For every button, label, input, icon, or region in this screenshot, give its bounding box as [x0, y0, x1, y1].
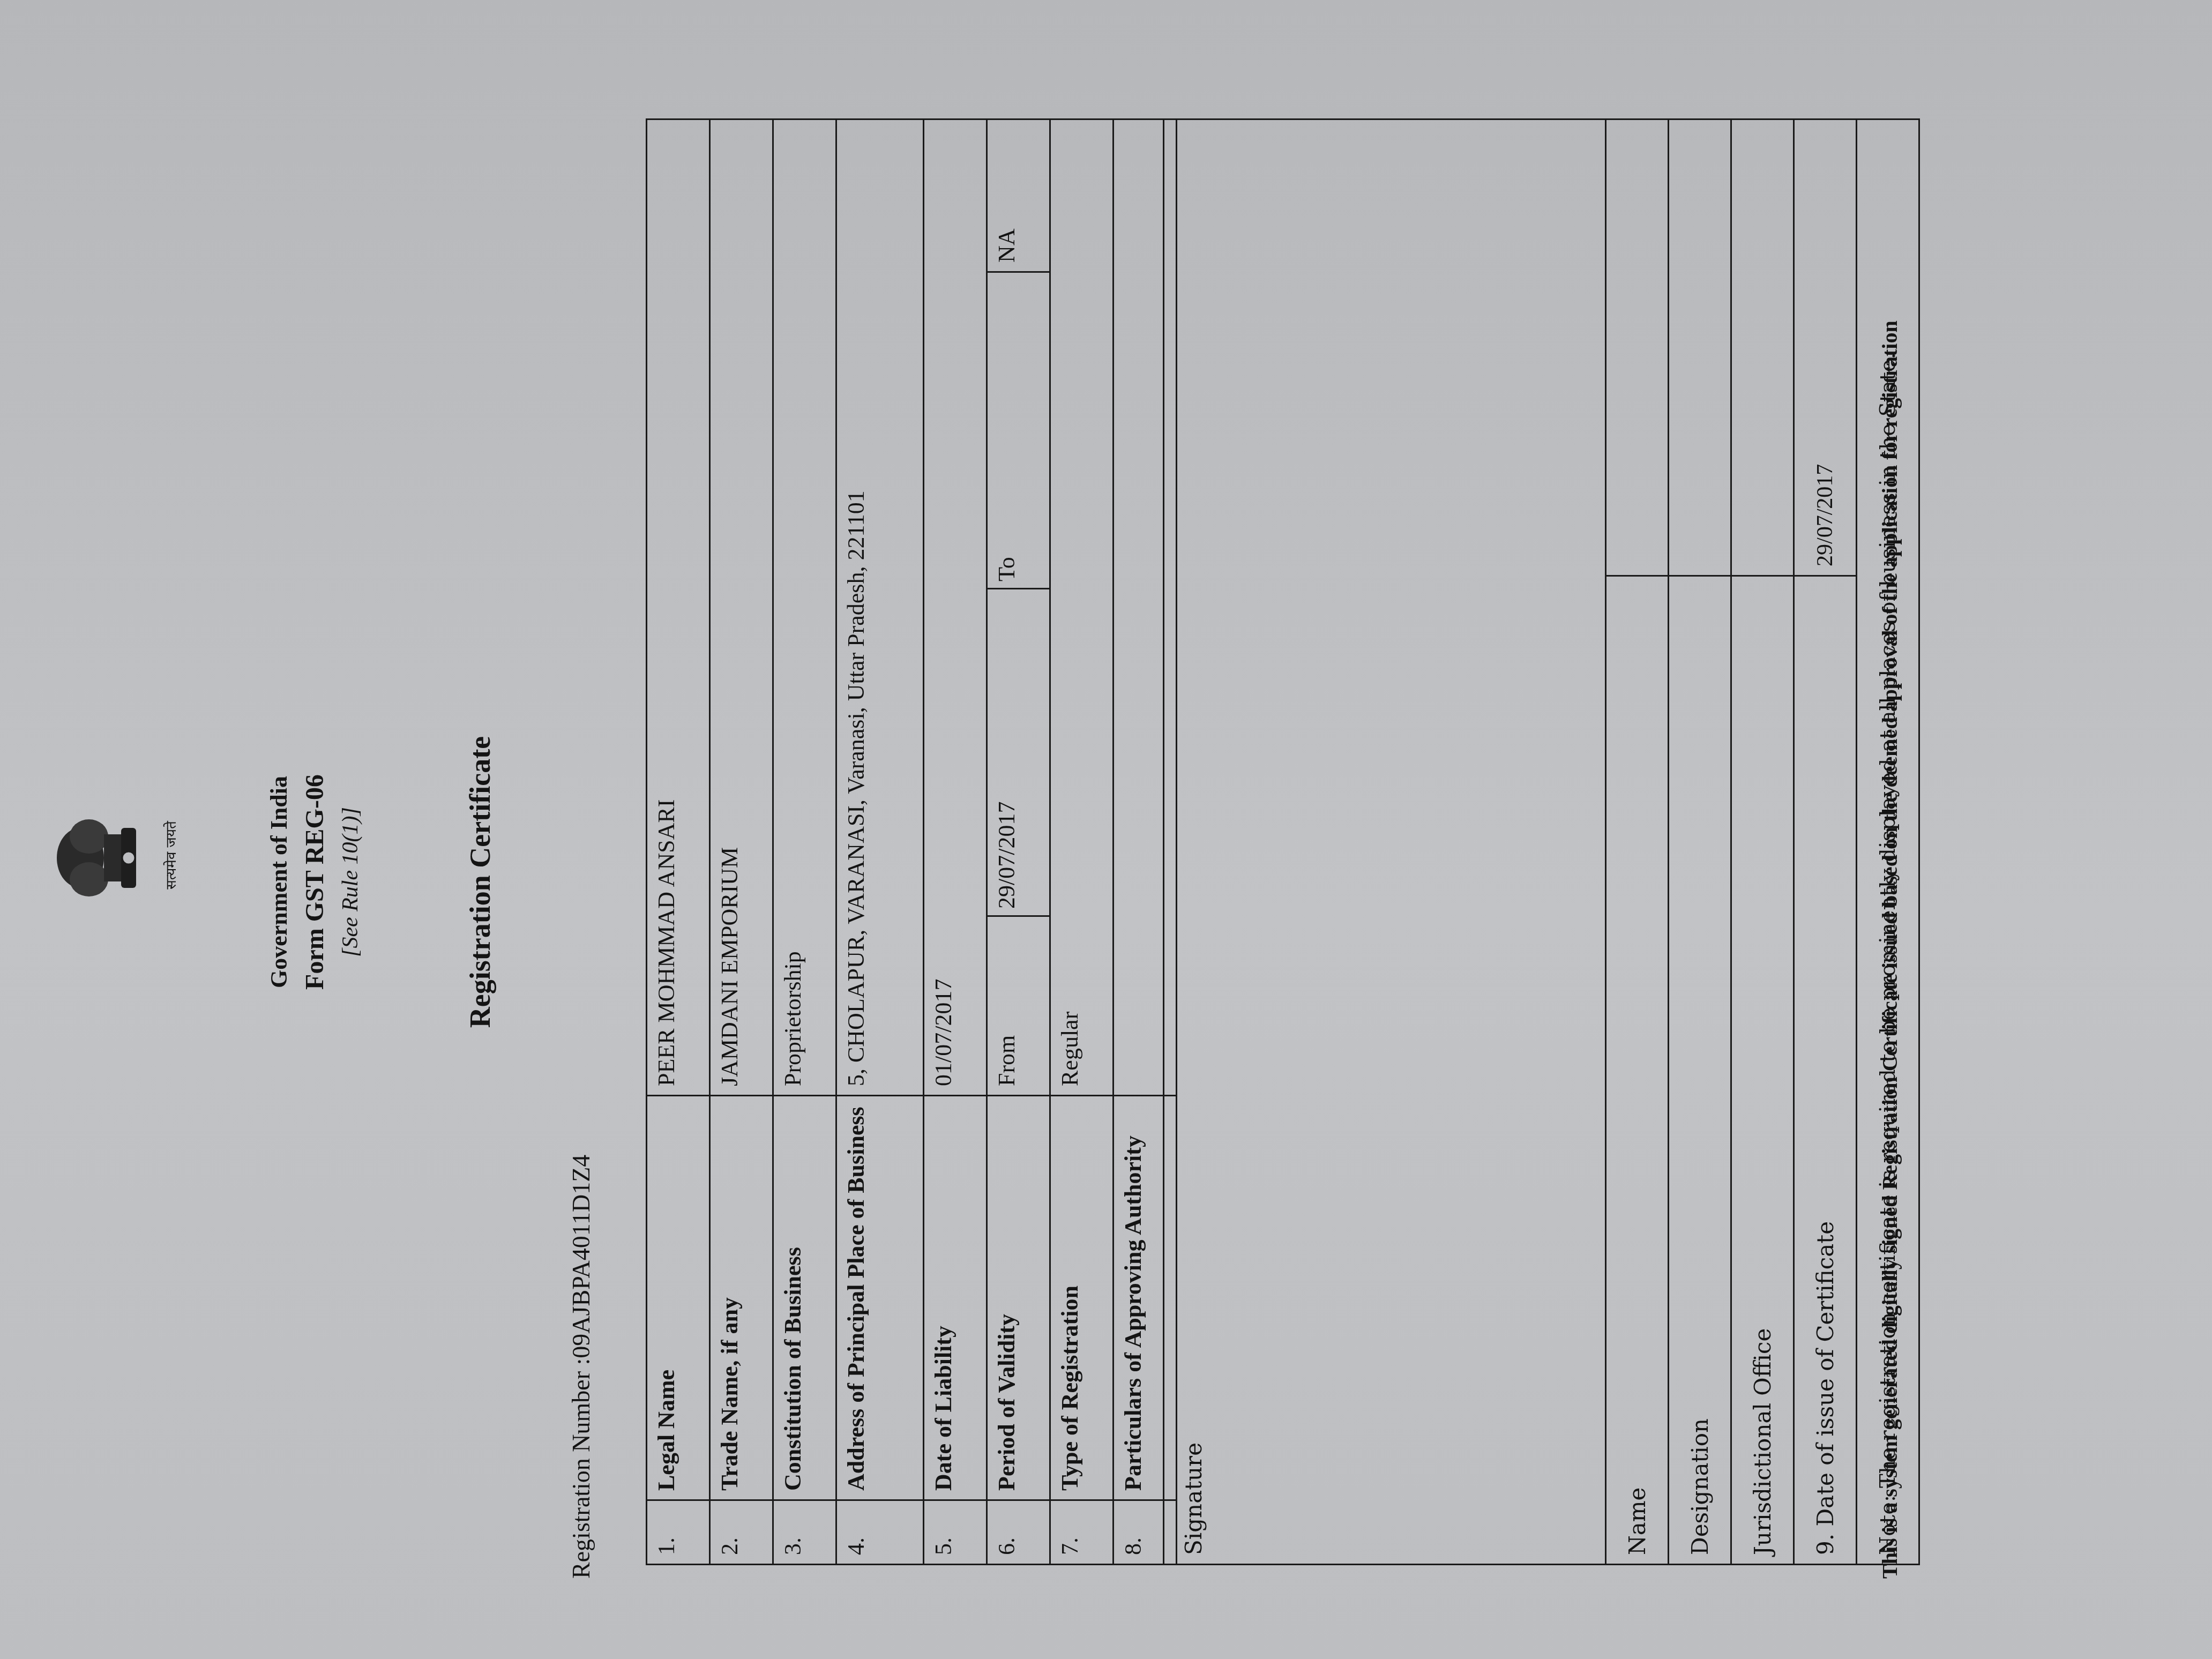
name-value: [1606, 119, 1669, 576]
jurisdictional-office-label: Jurisdictional Office: [1731, 576, 1794, 1565]
validity-to-label: To: [988, 271, 1049, 588]
row-number: 7.: [1050, 1500, 1114, 1565]
row-label: Date of Liability: [924, 1096, 987, 1500]
registration-type-value: Regular: [1050, 119, 1114, 1096]
table-row: 5. Date of Liability 01/07/2017: [924, 119, 987, 1565]
table-row: Designation: [1669, 119, 1731, 1565]
system-generated-footer: This is a system generated digitally sig…: [1875, 25, 1904, 1579]
validity-from-date: 29/07/2017: [988, 588, 1049, 915]
table-row: 4. Address of Principal Place of Busines…: [836, 119, 924, 1565]
designation-value: [1669, 119, 1731, 576]
approving-authority-table: Signature Name Designation Jurisdictiona…: [1163, 118, 1920, 1565]
table-row: Jurisdictional Office: [1731, 119, 1794, 1565]
legal-name-value: PEER MOHMMAD ANSARI: [647, 119, 710, 1096]
row-number: 3.: [773, 1500, 836, 1565]
registration-number-label: Registration Number :: [567, 1358, 595, 1579]
table-row: Name: [1606, 119, 1669, 1565]
row-number: 6.: [987, 1500, 1050, 1565]
table-row: 1. Legal Name PEER MOHMMAD ANSARI: [647, 119, 710, 1565]
signature-box: Signature: [1164, 119, 1606, 1565]
certificate-page: सत्यमेव जयते Government of India Form GS…: [0, 0, 2212, 1659]
trade-name-value: JAMDANI EMPORIUM: [710, 119, 773, 1096]
signature-label: Signature: [1180, 1443, 1207, 1555]
table-row: 7. Type of Registration Regular: [1050, 119, 1114, 1565]
row-label: Period of Validity: [987, 1096, 1050, 1500]
table-row: 6. Period of Validity From 29/07/2017 To…: [987, 119, 1050, 1565]
jurisdictional-office-value: [1731, 119, 1794, 576]
designation-label: Designation: [1669, 576, 1731, 1565]
row-number: 4.: [836, 1500, 924, 1565]
liability-date-value: 01/07/2017: [924, 119, 987, 1096]
validity-cell: From 29/07/2017 To NA: [987, 119, 1050, 1096]
registration-number: Registration Number :09AJBPA4011D1Z4: [567, 1155, 595, 1579]
rule-reference: [See Rule 10(1)]: [338, 105, 363, 1659]
row-label: Trade Name, if any: [710, 1096, 773, 1500]
validity-from-label: From: [988, 915, 1049, 1095]
registration-number-value: 09AJBPA4011D1Z4: [567, 1155, 595, 1358]
page-title: Registration Certificate: [464, 105, 497, 1659]
address-value: 5, CHOLAPUR, VARANASI, Varanasi, Uttar P…: [836, 119, 924, 1096]
row-number: 2.: [710, 1500, 773, 1565]
certificate-table: 1. Legal Name PEER MOHMMAD ANSARI 2. Tra…: [646, 118, 1177, 1565]
name-label: Name: [1606, 576, 1669, 1565]
row-number: 1.: [647, 1500, 710, 1565]
row-label: Constitution of Business: [773, 1096, 836, 1500]
emblem-motto: सत्यमेव जयते: [161, 812, 180, 898]
row-number: 5.: [924, 1500, 987, 1565]
validity-to-date: NA: [988, 220, 1049, 271]
issue-date-label: 9. Date of issue of Certificate: [1794, 576, 1857, 1565]
table-row: 2. Trade Name, if any JAMDANI EMPORIUM: [710, 119, 773, 1565]
row-label: Address of Principal Place of Business: [836, 1096, 924, 1500]
row-label: Legal Name: [647, 1096, 710, 1500]
table-row: 9. Date of issue of Certificate 29/07/20…: [1794, 119, 1857, 1565]
form-title: Form GST REG-06: [300, 105, 330, 1659]
row-label: Type of Registration: [1050, 1096, 1114, 1500]
constitution-value: Proprietorship: [773, 119, 836, 1096]
table-row: 3. Constitution of Business Proprietorsh…: [773, 119, 836, 1565]
issue-date-value: 29/07/2017: [1794, 119, 1857, 576]
government-title: Government of India: [265, 105, 293, 1659]
